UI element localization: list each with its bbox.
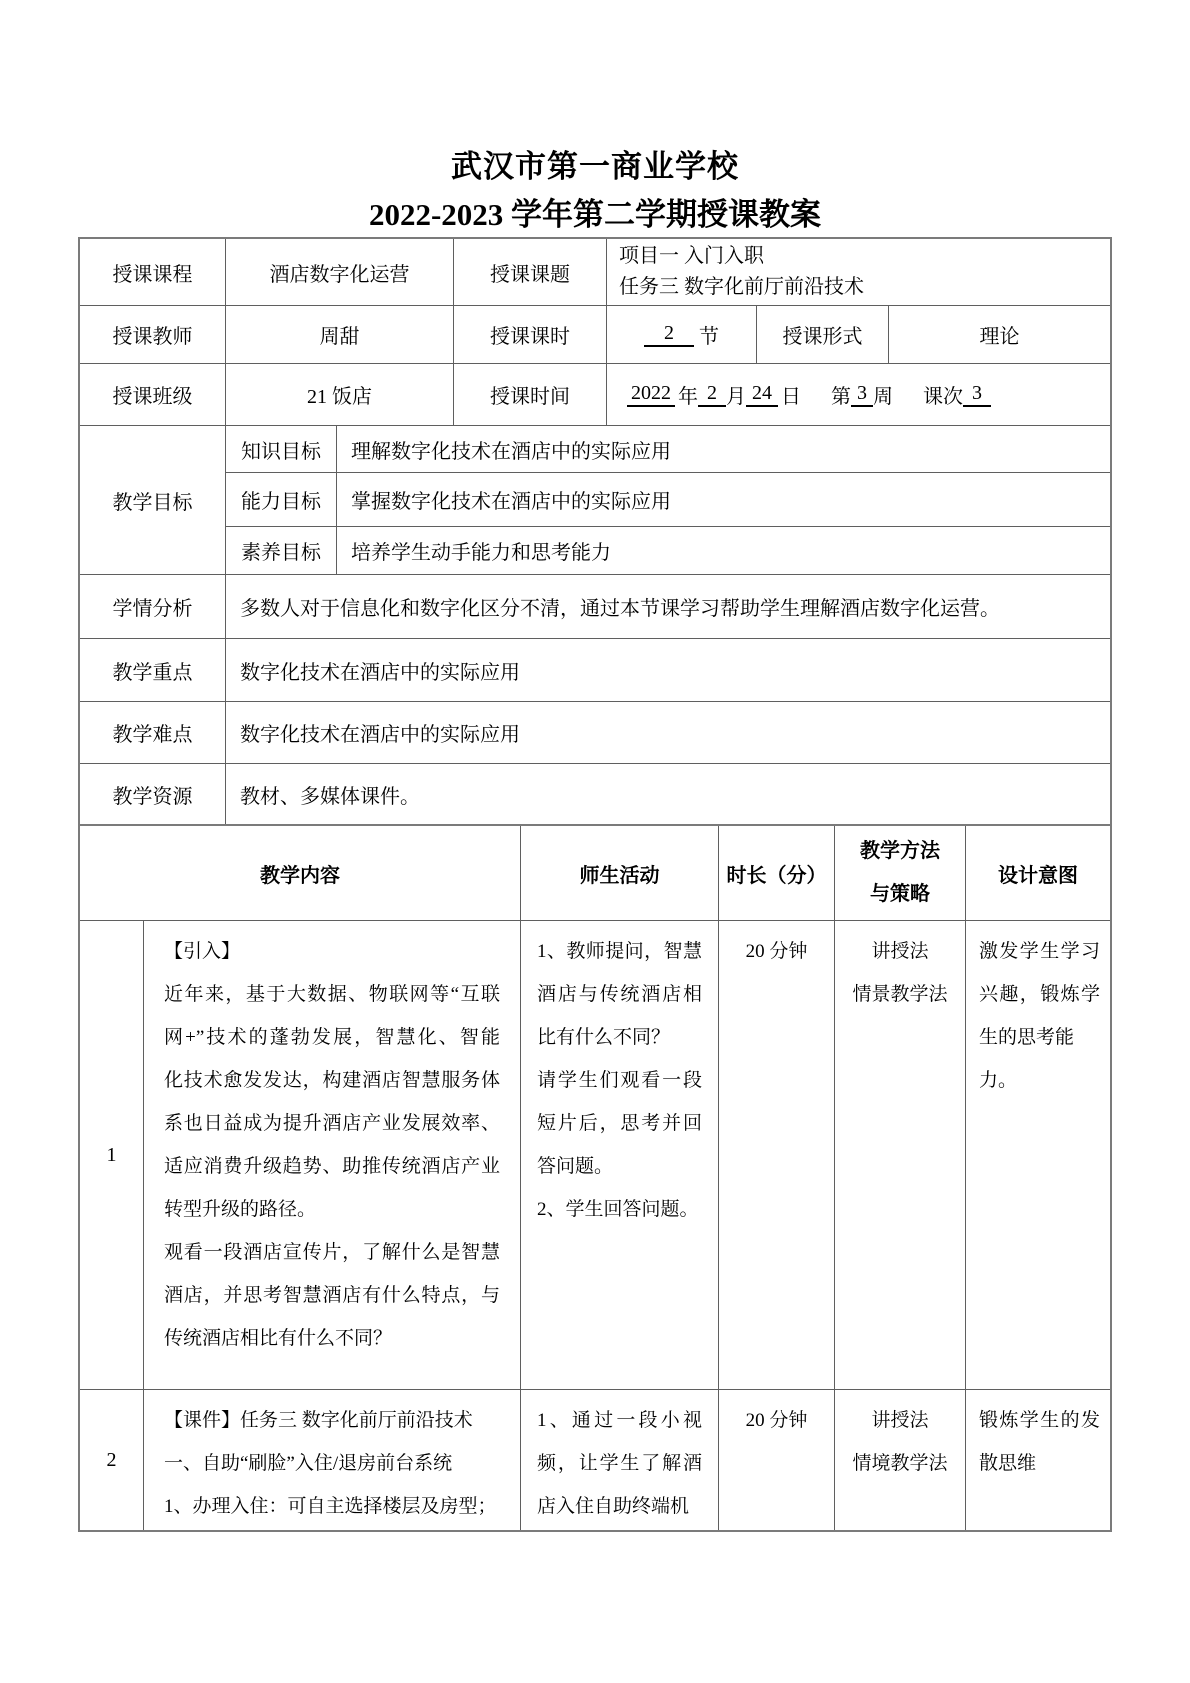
form-label: 授课形式 bbox=[756, 306, 888, 363]
header-duration: 时长（分） bbox=[718, 826, 834, 920]
topic-line-2: 任务三 数字化前厅前沿技术 bbox=[619, 272, 864, 303]
row2-method-cell: 讲授法 情境教学法 bbox=[834, 1390, 965, 1530]
time-month: 2 bbox=[698, 382, 726, 407]
activity-line: 2、学生回答问题。 bbox=[537, 1188, 702, 1231]
goal-quality-label: 素养目标 bbox=[226, 527, 336, 574]
goal-ability-label: 能力目标 bbox=[226, 473, 336, 526]
lesson-table: 教学内容 师生活动 时长（分） 教学方法 与策略 设计意图 1 【引入】 近年来… bbox=[78, 826, 1112, 1532]
class-label: 授课班级 bbox=[80, 364, 225, 425]
header-intent: 设计意图 bbox=[965, 826, 1110, 920]
goal-row-ability: 能力目标 掌握数字化技术在酒店中的实际应用 bbox=[226, 472, 1110, 526]
content-line: 化技术愈发发达，构建酒店智慧服务体 bbox=[164, 1059, 500, 1102]
focus-row: 教学重点 数字化技术在酒店中的实际应用 bbox=[80, 638, 1110, 701]
time-value: 2022年2月24日第3周课次3 bbox=[606, 364, 1110, 425]
content-line: 近年来，基于大数据、物联网等“互联 bbox=[164, 973, 500, 1016]
topic-label: 授课课题 bbox=[453, 239, 606, 305]
content-line: 【课件】任务三 数字化前厅前沿技术 bbox=[164, 1399, 500, 1442]
row2-content-cell: 【课件】任务三 数字化前厅前沿技术 一、自助“刷脸”入住/退房前台系统 1、办理… bbox=[143, 1390, 520, 1530]
goal-row-knowledge: 知识目标 理解数字化技术在酒店中的实际应用 bbox=[226, 426, 1110, 472]
topic-line-1: 项目一 入门入职 bbox=[619, 241, 764, 272]
row1-content-cell: 【引入】 近年来，基于大数据、物联网等“互联 网+”技术的蓬勃发展，智慧化、智能… bbox=[143, 921, 520, 1389]
time-lesson-label: 课次 bbox=[923, 380, 963, 409]
content-line: 一、自助“刷脸”入住/退房前台系统 bbox=[164, 1442, 500, 1485]
lesson-row-1: 1 【引入】 近年来，基于大数据、物联网等“互联 网+”技术的蓬勃发展，智慧化、… bbox=[80, 920, 1110, 1389]
course-value: 酒店数字化运营 bbox=[225, 239, 453, 305]
row1-number: 1 bbox=[80, 921, 143, 1389]
analysis-label: 学情分析 bbox=[80, 575, 225, 638]
intent-line: 激发学生学习 bbox=[979, 930, 1100, 973]
semester-title: 2022-2023 学年第二学期授课教案 bbox=[0, 196, 1190, 233]
method-line: 情境教学法 bbox=[835, 1442, 965, 1485]
hours-unit: 节 bbox=[699, 320, 719, 349]
course-row: 授课课程 酒店数字化运营 授课课题 项目一 入门入职 任务三 数字化前厅前沿技术 bbox=[80, 239, 1110, 305]
header-method-line2: 与策略 bbox=[870, 873, 930, 916]
document-header: 武汉市第一商业学校 2022-2023 学年第二学期授课教案 bbox=[0, 148, 1190, 233]
row2-intent-cell: 锻炼学生的发 散思维 bbox=[965, 1390, 1110, 1530]
goals-row: 教学目标 知识目标 理解数字化技术在酒店中的实际应用 能力目标 掌握数字化技术在… bbox=[80, 425, 1110, 574]
form-value: 理论 bbox=[888, 306, 1110, 363]
activity-line: 频，让学生了解酒 bbox=[537, 1442, 702, 1485]
school-title: 武汉市第一商业学校 bbox=[0, 148, 1190, 185]
content-line: 适应消费升级趋势、助推传统酒店产业 bbox=[164, 1145, 500, 1188]
content-line: 网+”技术的蓬勃发展，智慧化、智能 bbox=[164, 1016, 500, 1059]
time-year: 2022 bbox=[627, 382, 675, 407]
goal-quality-value: 培养学生动手能力和思考能力 bbox=[336, 527, 1110, 574]
teacher-row: 授课教师 周甜 授课课时 2 节 授课形式 理论 bbox=[80, 305, 1110, 363]
goal-knowledge-label: 知识目标 bbox=[226, 426, 336, 472]
focus-label: 教学重点 bbox=[80, 639, 225, 701]
content-line: 转型升级的路径。 bbox=[164, 1188, 500, 1231]
teacher-value: 周甜 bbox=[225, 306, 453, 363]
resources-row: 教学资源 教材、多媒体课件。 bbox=[80, 763, 1110, 824]
duration-value: 20 分钟 bbox=[719, 1399, 834, 1442]
row2-activity-cell: 1、通过一段小视 频，让学生了解酒 店入住自助终端机 bbox=[520, 1390, 718, 1530]
time-year-unit: 年 bbox=[678, 380, 698, 409]
difficulty-row: 教学难点 数字化技术在酒店中的实际应用 bbox=[80, 701, 1110, 763]
teacher-label: 授课教师 bbox=[80, 306, 225, 363]
row2-duration-cell: 20 分钟 bbox=[718, 1390, 834, 1530]
row1-activity-cell: 1、教师提问，智慧 酒店与传统酒店相 比有什么不同？ 请学生们观看一段 短片后，… bbox=[520, 921, 718, 1389]
header-method: 教学方法 与策略 bbox=[834, 826, 965, 920]
method-line: 讲授法 bbox=[835, 1399, 965, 1442]
course-info-table: 授课课程 酒店数字化运营 授课课题 项目一 入门入职 任务三 数字化前厅前沿技术… bbox=[78, 237, 1112, 826]
content-line: 系也日益成为提升酒店产业发展效率、 bbox=[164, 1102, 500, 1145]
activity-line: 答问题。 bbox=[537, 1145, 702, 1188]
class-value: 21 饭店 bbox=[225, 364, 453, 425]
hours-label: 授课课时 bbox=[453, 306, 606, 363]
goals-label: 教学目标 bbox=[80, 426, 225, 574]
time-week-prefix: 第 bbox=[831, 380, 851, 409]
content-line: 【引入】 bbox=[164, 930, 500, 973]
hours-value: 2 节 bbox=[606, 306, 756, 363]
difficulty-value: 数字化技术在酒店中的实际应用 bbox=[225, 702, 1110, 763]
goals-subtable: 知识目标 理解数字化技术在酒店中的实际应用 能力目标 掌握数字化技术在酒店中的实… bbox=[225, 426, 1110, 574]
activity-line: 比有什么不同？ bbox=[537, 1016, 702, 1059]
header-activity: 师生活动 bbox=[520, 826, 718, 920]
activity-line: 请学生们观看一段 bbox=[537, 1059, 702, 1102]
activity-line: 店入住自助终端机 bbox=[537, 1485, 702, 1528]
activity-line: 1、通过一段小视 bbox=[537, 1399, 702, 1442]
course-label: 授课课程 bbox=[80, 239, 225, 305]
activity-line: 1、教师提问，智慧 bbox=[537, 930, 702, 973]
time-label: 授课时间 bbox=[453, 364, 606, 425]
time-week: 3 bbox=[851, 382, 873, 407]
class-row: 授课班级 21 饭店 授课时间 2022年2月24日第3周课次3 bbox=[80, 363, 1110, 425]
time-day-unit: 日 bbox=[781, 380, 801, 409]
topic-value: 项目一 入门入职 任务三 数字化前厅前沿技术 bbox=[606, 239, 1110, 305]
resources-value: 教材、多媒体课件。 bbox=[225, 764, 1110, 824]
row1-duration-cell: 20 分钟 bbox=[718, 921, 834, 1389]
activity-line: 短片后，思考并回 bbox=[537, 1102, 702, 1145]
row1-method-cell: 讲授法 情景教学法 bbox=[834, 921, 965, 1389]
time-day: 24 bbox=[746, 382, 778, 407]
lesson-header-row: 教学内容 师生活动 时长（分） 教学方法 与策略 设计意图 bbox=[80, 826, 1110, 920]
intent-line: 兴趣，锻炼学 bbox=[979, 973, 1100, 1016]
time-lesson-no: 3 bbox=[963, 382, 991, 407]
row1-intent-cell: 激发学生学习 兴趣，锻炼学 生的思考能 力。 bbox=[965, 921, 1110, 1389]
content-line: 观看一段酒店宣传片，了解什么是智慧 bbox=[164, 1231, 500, 1274]
difficulty-label: 教学难点 bbox=[80, 702, 225, 763]
analysis-row: 学情分析 多数人对于信息化和数字化区分不清，通过本节课学习帮助学生理解酒店数字化… bbox=[80, 574, 1110, 638]
method-line: 讲授法 bbox=[835, 930, 965, 973]
activity-line: 酒店与传统酒店相 bbox=[537, 973, 702, 1016]
time-month-unit: 月 bbox=[726, 380, 746, 409]
goal-ability-value: 掌握数字化技术在酒店中的实际应用 bbox=[336, 473, 1110, 526]
analysis-value: 多数人对于信息化和数字化区分不清，通过本节课学习帮助学生理解酒店数字化运营。 bbox=[225, 575, 1110, 638]
intent-line: 生的思考能 bbox=[979, 1016, 1100, 1059]
row2-number: 2 bbox=[80, 1390, 143, 1530]
header-method-line1: 教学方法 bbox=[860, 830, 940, 873]
content-line: 1、办理入住：可自主选择楼层及房型； bbox=[164, 1485, 500, 1528]
goal-knowledge-value: 理解数字化技术在酒店中的实际应用 bbox=[336, 426, 1110, 472]
intent-line: 散思维 bbox=[979, 1442, 1100, 1485]
hours-number: 2 bbox=[644, 322, 694, 347]
method-line: 情景教学法 bbox=[835, 973, 965, 1016]
content-line: 酒店，并思考智慧酒店有什么特点，与 bbox=[164, 1274, 500, 1317]
content-line: 传统酒店相比有什么不同？ bbox=[164, 1317, 500, 1360]
focus-value: 数字化技术在酒店中的实际应用 bbox=[225, 639, 1110, 701]
goal-row-quality: 素养目标 培养学生动手能力和思考能力 bbox=[226, 526, 1110, 574]
lesson-row-2: 2 【课件】任务三 数字化前厅前沿技术 一、自助“刷脸”入住/退房前台系统 1、… bbox=[80, 1389, 1110, 1530]
intent-line: 力。 bbox=[979, 1059, 1100, 1102]
duration-value: 20 分钟 bbox=[719, 930, 834, 973]
time-week-unit: 周 bbox=[873, 380, 893, 409]
resources-label: 教学资源 bbox=[80, 764, 225, 824]
intent-line: 锻炼学生的发 bbox=[979, 1399, 1100, 1442]
header-content: 教学内容 bbox=[80, 826, 520, 920]
lesson-plan-page: { "page_title": { "line1": "武汉市第一商业学校", … bbox=[0, 0, 1190, 1683]
